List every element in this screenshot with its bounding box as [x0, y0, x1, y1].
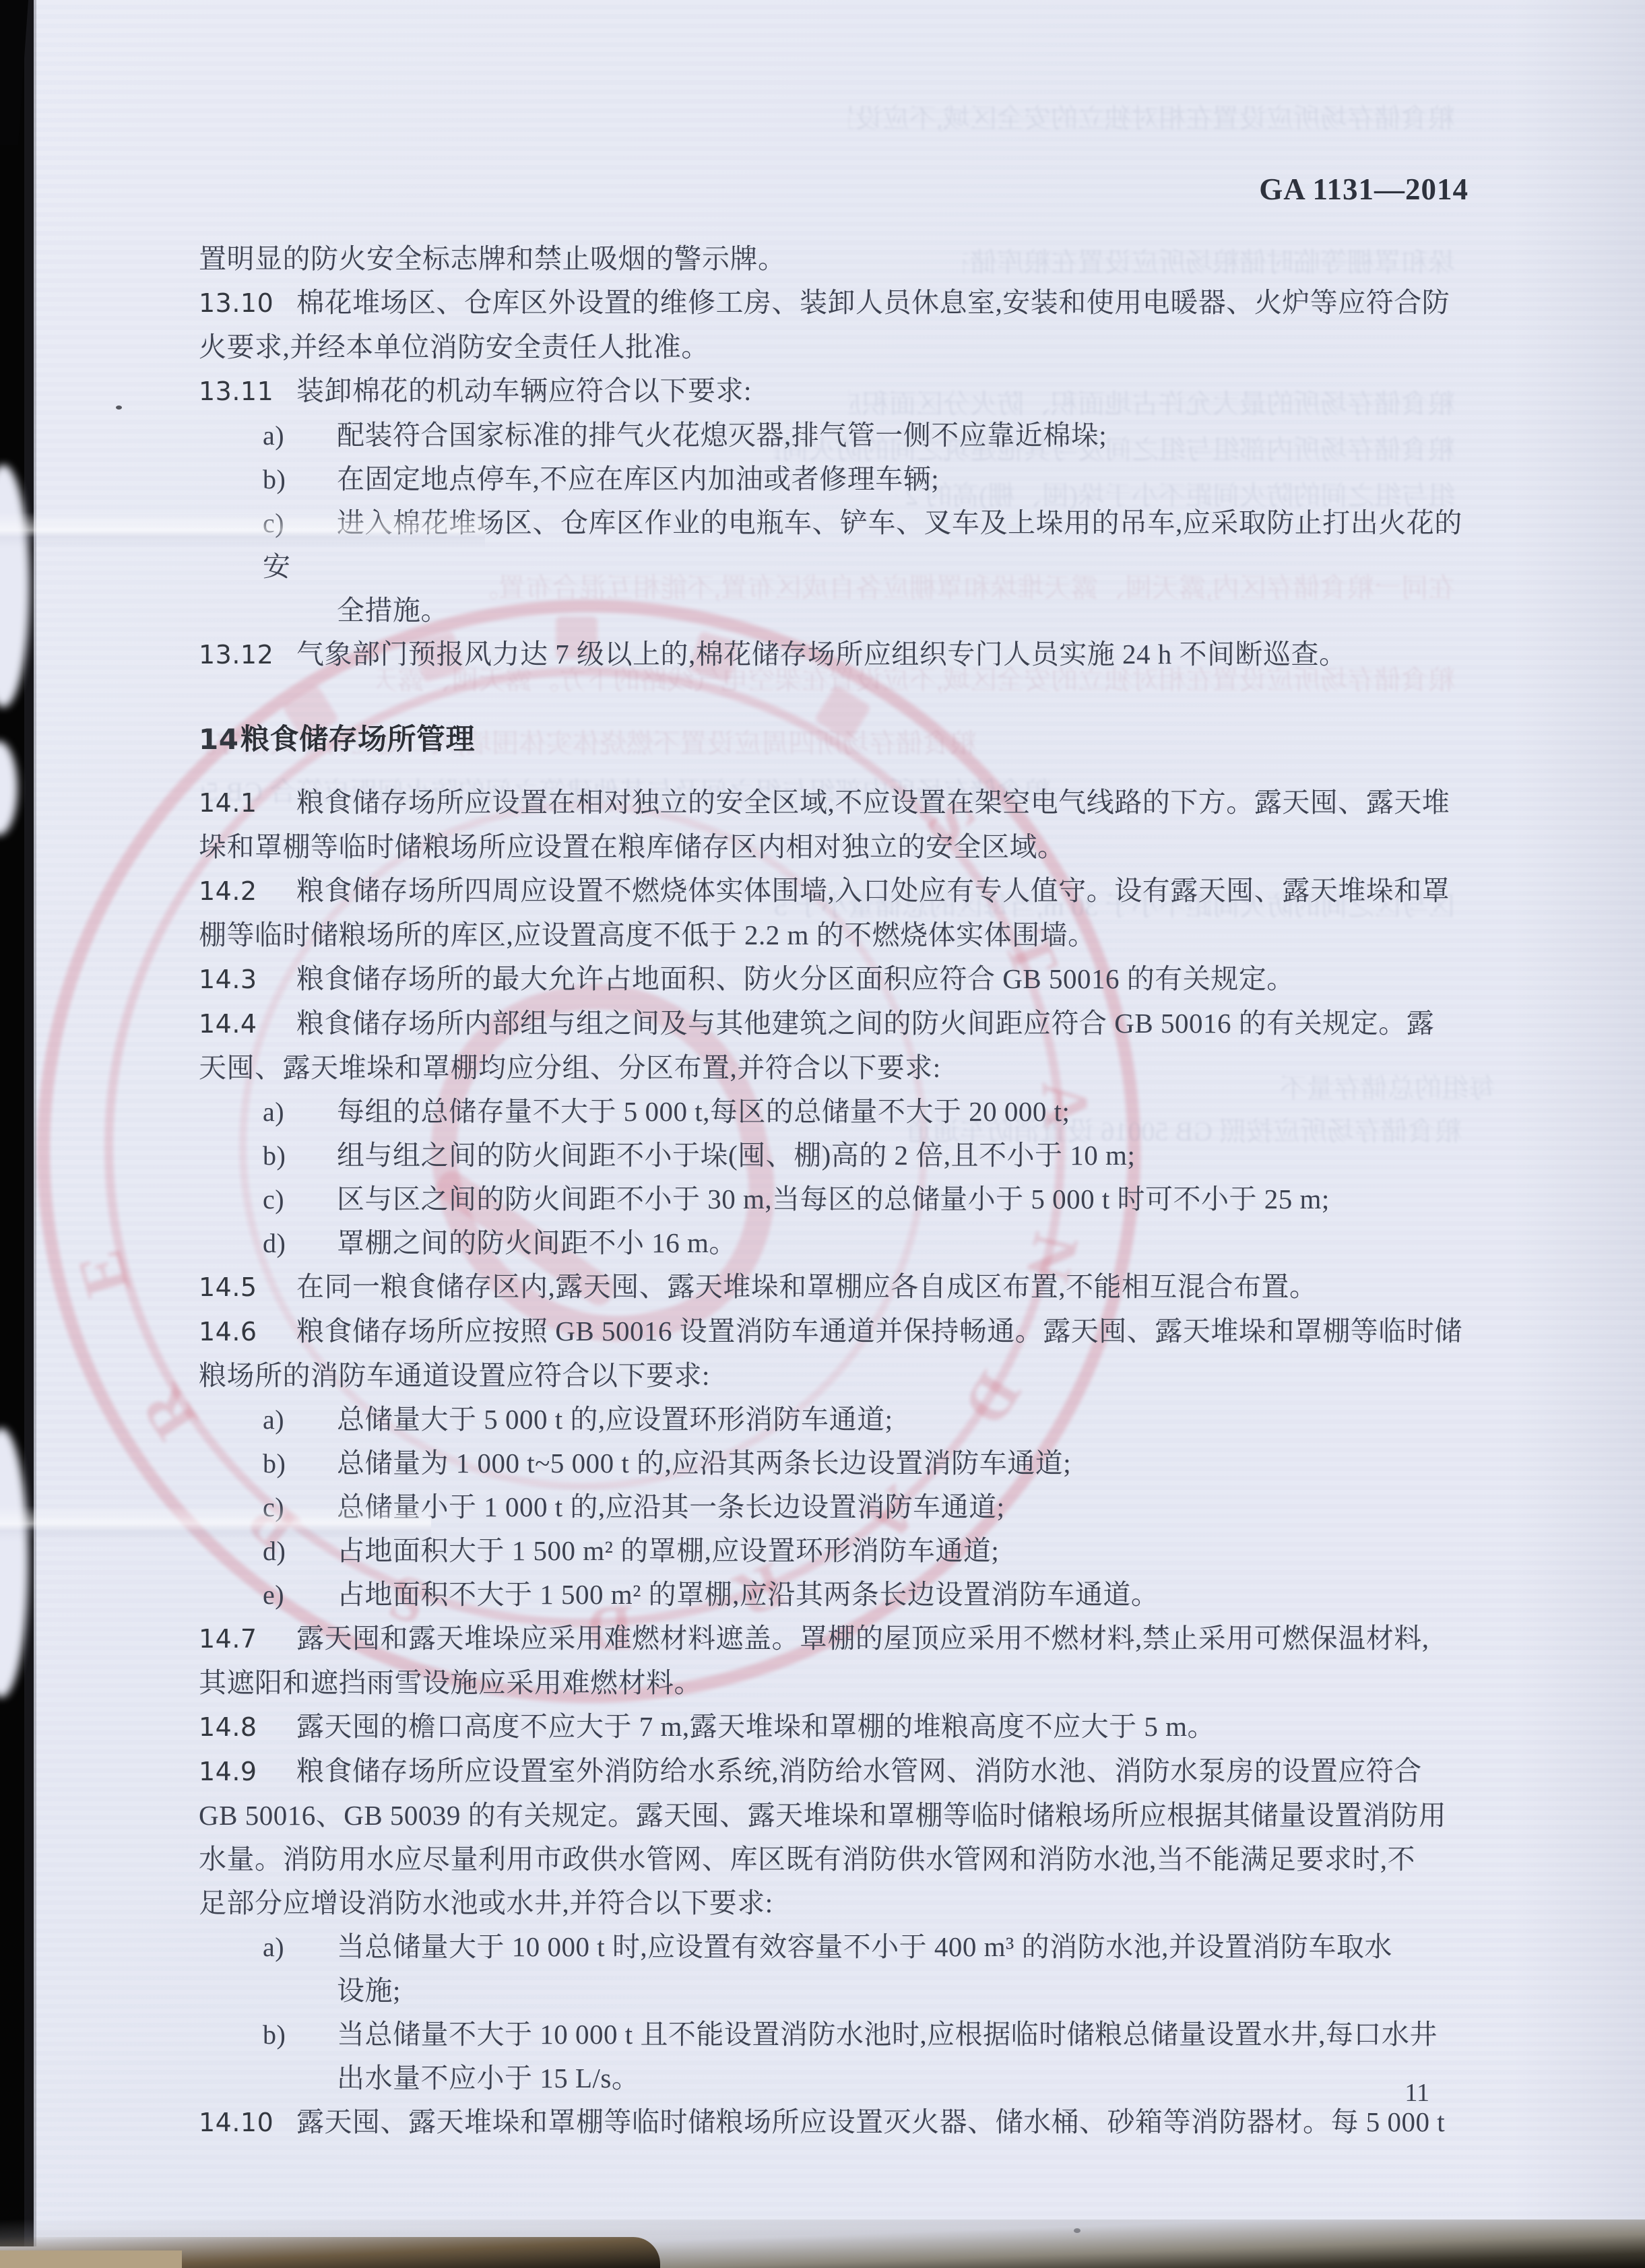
line-text: 占地面积不大于 1 500 m² 的罩棚,应沿其两条长边设置消防车通道。 — [337, 1579, 1159, 1610]
line-text: 露天囤的檐口高度不应大于 7 m,露天堆垛和罩棚的堆粮高度不应大于 5 m。 — [296, 1711, 1215, 1742]
line-text: 在固定地点停车,不应在库区内加油或者修理车辆; — [337, 463, 939, 494]
doc-line: d)罩棚之间的防火间距不小 16 m。 — [199, 1221, 1469, 1265]
doc-line: 14.9粮食储存场所应设置室外消防给水系统,消防给水管网、消防水池、消防水泵房的… — [199, 1749, 1469, 1794]
line-text: GB 50016、GB 50039 的有关规定。露天囤、露天堆垛和罩棚等临时储粮… — [199, 1800, 1446, 1831]
line-text: 粮食储存场所应按照 GB 50016 设置消防车通道并保持畅通。露天囤、露天堆垛… — [296, 1316, 1462, 1347]
line-text: 当总储量大于 10 000 t 时,应设置有效容量不小于 400 m³ 的消防水… — [337, 1931, 1392, 1962]
page-number: 11 — [1405, 2078, 1429, 2108]
doc-line: 13.12气象部门预报风力达 7 级以上的,棉花储存场所应组织专门人员实施 24… — [199, 633, 1469, 677]
doc-line: 火要求,并经本单位消防安全责任人批准。 — [199, 325, 1469, 369]
doc-line: 垛和罩棚等临时储粮场所应设置在粮库储存区内相对独立的安全区域。 — [199, 825, 1469, 869]
doc-line: 置明显的防火安全标志牌和禁止吸烟的警示牌。 — [199, 237, 1469, 281]
standard-number: GA 1131—2014 — [1259, 172, 1469, 207]
doc-line: 其遮阳和遮挡雨雪设施应采用难燃材料。 — [199, 1661, 1469, 1705]
list-item-label: a) — [263, 414, 337, 457]
doc-line: b)在固定地点停车,不应在库区内加油或者修理车辆; — [199, 457, 1469, 501]
clause-number: 14.9 — [199, 1750, 296, 1794]
line-text: 露天囤和露天堆垛应采用难燃材料遮盖。罩棚的屋顶应采用不燃材料,禁止采用可燃保温材… — [296, 1623, 1429, 1654]
bleedthrough-text: 粮食储存场所应设置在相对独立的安全区域,不应设置在架空电气线路的下方。露天囤、露… — [849, 100, 1455, 137]
doc-line: 14.8露天囤的檐口高度不应大于 7 m,露天堆垛和罩棚的堆粮高度不应大于 5 … — [199, 1705, 1469, 1749]
doc-line: 13.10棉花堆场区、仓库区外设置的维修工房、装卸人员休息室,安装和使用电暖器、… — [199, 281, 1469, 325]
line-text: 总储量大于 5 000 t 的,应设置环形消防车通道; — [337, 1404, 893, 1435]
doc-line: 出水量不应小于 15 L/s。 — [199, 2056, 1469, 2100]
line-text: 每组的总储存量不大于 5 000 t,每区的总储量不大于 20 000 t; — [337, 1096, 1070, 1127]
book-page-edge — [0, 2250, 182, 2268]
line-text: 露天囤、露天堆垛和罩棚等临时储粮场所应设置灭火器、储水桶、砂箱等消防器材。每 5… — [296, 2106, 1445, 2137]
section-heading: 14粮食储存场所管理 — [199, 717, 1469, 762]
line-text: 足部分应增设消防水池或水井,并符合以下要求: — [199, 1887, 773, 1918]
clause-number: 14.10 — [199, 2101, 296, 2145]
line-text: 装卸棉花的机动车辆应符合以下要求: — [296, 375, 752, 406]
clause-number: 14.3 — [199, 958, 296, 1002]
line-text: 其遮阳和遮挡雨雪设施应采用难燃材料。 — [199, 1667, 702, 1698]
list-item-label: b) — [263, 1134, 337, 1177]
line-text: 设施; — [337, 1975, 401, 2006]
doc-line: 棚等临时储粮场所的库区,应设置高度不低于 2.2 m 的不燃烧体实体围墙。 — [199, 913, 1469, 957]
clause-number: 14 — [199, 717, 240, 761]
clause-number: 14.4 — [199, 1002, 296, 1046]
line-text: 天囤、露天堆垛和罩棚均应分组、分区布置,并符合以下要求: — [199, 1052, 941, 1083]
line-text: 粮食储存场所四周应设置不燃烧体实体围墙,入口处应有专人值守。设有露天囤、露天堆垛… — [296, 875, 1450, 906]
stamp-arc-letter: E — [61, 1232, 145, 1316]
line-text: 棚等临时储粮场所的库区,应设置高度不低于 2.2 m 的不燃烧体实体围墙。 — [199, 919, 1096, 950]
line-text: 水量。消防用水应尽量利用市政供水管网、库区既有消防供水管网和消防水池,当不能满足… — [199, 1844, 1415, 1875]
clause-number: 14.7 — [199, 1617, 296, 1661]
doc-line: 粮场所的消防车通道设置应符合以下要求: — [199, 1354, 1469, 1398]
clause-number: 13.10 — [199, 282, 296, 325]
doc-line: b)组与组之间的防火间距不小于垛(囤、棚)高的 2 倍,且不小于 10 m; — [199, 1134, 1469, 1177]
clause-number: 14.6 — [199, 1310, 296, 1354]
line-text: 粮场所的消防车通道设置应符合以下要求: — [199, 1360, 710, 1391]
line-text: 总储量小于 1 000 t 的,应沿其一条长边设置消防车通道; — [337, 1491, 1005, 1522]
doc-line: 14.10露天囤、露天堆垛和罩棚等临时储粮场所应设置灭火器、储水桶、砂箱等消防器… — [199, 2100, 1469, 2145]
doc-line: GB 50016、GB 50039 的有关规定。露天囤、露天堆垛和罩棚等临时储粮… — [199, 1794, 1469, 1838]
line-text: 气象部门预报风力达 7 级以上的,棉花储存场所应组织专门人员实施 24 h 不间… — [296, 639, 1347, 670]
clause-number: 13.12 — [199, 633, 296, 677]
doc-line: b)当总储量不大于 10 000 t 且不能设置消防水池时,应根据临时储粮总储量… — [199, 2013, 1469, 2056]
scanned-document-page: STANDARDSPRE 粮食储存场所应设置在相对独立的安全区域,不应设置在架空… — [0, 0, 1645, 2268]
line-text: 配装符合国家标准的排气火花熄灭器,排气管一侧不应靠近棉垛; — [337, 420, 1107, 451]
doc-line: a)当总储量大于 10 000 t 时,应设置有效容量不小于 400 m³ 的消… — [199, 1925, 1469, 1969]
list-item-label: c) — [263, 1177, 337, 1221]
scan-binding-edge — [0, 0, 39, 2246]
doc-line: 14.1粮食储存场所应设置在相对独立的安全区域,不应设置在架空电气线路的下方。露… — [199, 781, 1469, 825]
line-text: 置明显的防火安全标志牌和禁止吸烟的警示牌。 — [199, 243, 786, 274]
line-text: 粮食储存场所应设置室外消防给水系统,消防给水管网、消防水池、消防水泵房的设置应符… — [296, 1755, 1422, 1786]
line-text: 棉花堆场区、仓库区外设置的维修工房、装卸人员休息室,安装和使用电暖器、火炉等应符… — [296, 287, 1450, 318]
line-text: 罩棚之间的防火间距不小 16 m。 — [337, 1227, 737, 1258]
doc-line: 天囤、露天堆垛和罩棚均应分组、分区布置,并符合以下要求: — [199, 1046, 1469, 1090]
line-text: 粮食储存场所的最大允许占地面积、防火分区面积应符合 GB 50016 的有关规定… — [296, 963, 1295, 994]
doc-line: 全措施。 — [199, 589, 1469, 633]
line-text: 总储量为 1 000 t~5 000 t 的,应沿其两条长边设置消防车通道; — [337, 1448, 1071, 1479]
clause-number: 14.1 — [199, 781, 296, 825]
doc-line: 14.2粮食储存场所四周应设置不燃烧体实体围墙,入口处应有专人值守。设有露天囤、… — [199, 869, 1469, 913]
doc-line: 14.6粮食储存场所应按照 GB 50016 设置消防车通道并保持畅通。露天囤、… — [199, 1309, 1469, 1354]
doc-line: 14.3粮食储存场所的最大允许占地面积、防火分区面积应符合 GB 50016 的… — [199, 957, 1469, 1002]
list-item-label: b) — [263, 1441, 337, 1485]
doc-line: a)总储量大于 5 000 t 的,应设置环形消防车通道; — [199, 1398, 1469, 1441]
doc-line: 设施; — [199, 1969, 1469, 2013]
doc-line: 14.7露天囤和露天堆垛应采用难燃材料遮盖。罩棚的屋顶应采用不燃材料,禁止采用可… — [199, 1617, 1469, 1661]
line-text: 垛和罩棚等临时储粮场所应设置在粮库储存区内相对独立的安全区域。 — [199, 831, 1066, 862]
doc-line: a)每组的总储存量不大于 5 000 t,每区的总储量不大于 20 000 t; — [199, 1090, 1469, 1134]
list-item-label: b) — [263, 457, 337, 501]
list-item-label: a) — [263, 1090, 337, 1134]
doc-line: 足部分应增设消防水池或水井,并符合以下要求: — [199, 1881, 1469, 1925]
line-text: 全措施。 — [337, 595, 449, 626]
line-text: 区与区之间的防火间距不小于 30 m,当每区的总储量小于 5 000 t 时可不… — [337, 1184, 1330, 1214]
doc-line: a)配装符合国家标准的排气火花熄灭器,排气管一侧不应靠近棉垛; — [199, 414, 1469, 457]
paper-crease — [0, 512, 485, 548]
clause-number: 14.8 — [199, 1706, 296, 1749]
line-text: 粮食储存场所内部组与组之间及与其他建筑之间的防火间距应符合 GB 50016 的… — [296, 1008, 1434, 1039]
dust-speck — [116, 406, 122, 410]
line-text: 在同一粮食储存区内,露天囤、露天堆垛和罩棚应各自成区布置,不能相互混合布置。 — [296, 1271, 1318, 1302]
doc-line: 水量。消防用水应尽量利用市政供水管网、库区既有消防供水管网和消防水池,当不能满足… — [199, 1838, 1469, 1881]
line-text: 占地面积大于 1 500 m² 的罩棚,应设置环形消防车通道; — [337, 1535, 999, 1566]
clause-number: 14.2 — [199, 870, 296, 913]
clause-number: 13.11 — [199, 370, 296, 414]
doc-line: b)总储量为 1 000 t~5 000 t 的,应沿其两条长边设置消防车通道; — [199, 1441, 1469, 1485]
line-text: 火要求,并经本单位消防安全责任人批准。 — [199, 331, 709, 362]
line-text: 出水量不应小于 15 L/s。 — [337, 2063, 639, 2094]
doc-line: e)占地面积不大于 1 500 m² 的罩棚,应沿其两条长边设置消防车通道。 — [199, 1573, 1469, 1617]
doc-line: 14.4粮食储存场所内部组与组之间及与其他建筑之间的防火间距应符合 GB 500… — [199, 1002, 1469, 1046]
doc-line: 13.11装卸棉花的机动车辆应符合以下要求: — [199, 369, 1469, 414]
clause-number: 14.5 — [199, 1266, 296, 1309]
line-text: 当总储量不大于 10 000 t 且不能设置消防水池时,应根据临时储粮总储量设置… — [337, 2019, 1438, 2050]
doc-line: c)区与区之间的防火间距不小于 30 m,当每区的总储量小于 5 000 t 时… — [199, 1177, 1469, 1221]
list-item-label: e) — [263, 1573, 337, 1617]
doc-line: 14.5在同一粮食储存区内,露天囤、露天堆垛和罩棚应各自成区布置,不能相互混合布… — [199, 1265, 1469, 1309]
dust-speck — [1074, 2228, 1080, 2233]
paper-crease — [0, 1505, 431, 1542]
line-text: 粮食储存场所管理 — [240, 723, 475, 756]
line-text: 粮食储存场所应设置在相对独立的安全区域,不应设置在架空电气线路的下方。露天囤、露… — [296, 787, 1450, 818]
list-item-label: a) — [263, 1925, 337, 1969]
list-item-label: d) — [263, 1221, 337, 1265]
line-text: 组与组之间的防火间距不小于垛(囤、棚)高的 2 倍,且不小于 10 m; — [337, 1140, 1135, 1171]
list-item-label: a) — [263, 1398, 337, 1441]
list-item-label: b) — [263, 2013, 337, 2056]
